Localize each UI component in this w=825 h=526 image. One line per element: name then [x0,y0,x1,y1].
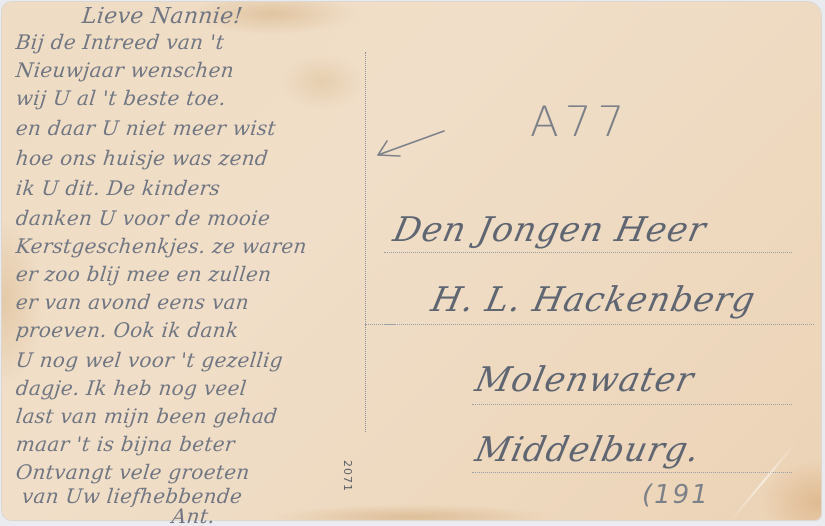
postcard: Lieve Nannie! Bij de Intreed van 't Nieu… [2,2,821,520]
message-line: last van mijn been gehad [15,404,279,428]
address-line-salutation: Den Jongen Heer [390,210,710,250]
corner-crease [730,443,796,521]
message-line: Kerstgeschenkjes. ze waren [15,234,308,258]
message-line: maar 't is bijna beter [15,432,236,456]
pencil-note: (191 [642,480,710,510]
address-rule [384,324,814,325]
address-rule [472,404,792,405]
pencil-reference: A77 [530,97,630,146]
message-line: proeven. Ook ik dank [15,318,240,342]
message-line: Nieuwjaar wenschen [15,58,236,82]
message-line: dagje. Ik heb nog veel [15,376,248,400]
card-divider [365,52,366,432]
salutation: Lieve Nannie! [81,4,244,29]
address-line-city: Middelburg. [472,430,704,470]
message-line: Bij de Intreed van 't [15,30,226,54]
message-line: Ontvangt vele groeten [15,460,251,484]
message-line: wij U al 't beste toe. [15,86,227,110]
address-line-name: H. L. Hackenberg [428,280,759,320]
address-line-street: Molenwater [472,360,698,400]
message-line: danken U voor de mooie [15,206,272,230]
message-line: er zoo blij mee en zullen [15,262,273,286]
arrow-left-icon [372,127,447,162]
message-line: ik U dit. De kinders [15,176,222,200]
address-rule [384,252,792,253]
message-line: U nog wel voor 't gezellig [15,348,285,372]
message-line: hoe ons huisje was zend [15,146,270,170]
message-line: en daar U niet meer wist [15,116,277,140]
signature: Ant. [171,504,216,526]
address-rule [472,472,792,473]
printer-code: 2071 [341,460,354,492]
message-line: er van avond eens van [15,290,251,314]
